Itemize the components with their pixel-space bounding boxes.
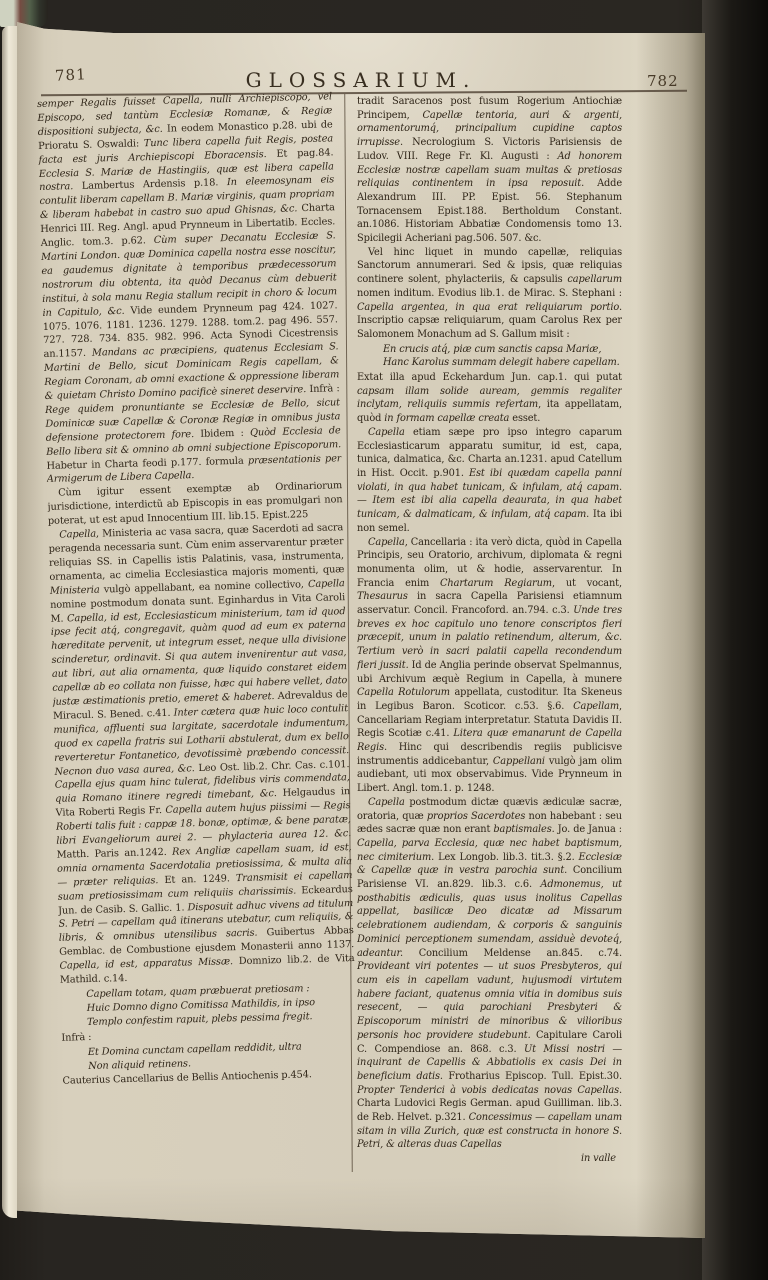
roman-text: Et pag.84. — [276, 147, 333, 159]
paragraph: Capella postmodum dictæ quævis ædiculæ s… — [357, 796, 622, 1152]
roman-text: Lambertus Ardensis p.18. — [82, 178, 227, 193]
italic-text: Chartarum Regiarum — [440, 578, 552, 589]
italic-text: Capellam — [573, 701, 619, 712]
paragraph: Capella etiam sæpe pro ipso integro capa… — [357, 426, 622, 536]
page-title: GLOSSARIUM. — [17, 68, 705, 92]
roman-text: Cùm igitur essent exemptæ ab Ordinarioru… — [47, 481, 342, 528]
italic-text: Thesaurus — [357, 591, 408, 602]
italic-text: Capella, id est, apparatus Missæ. — [59, 956, 239, 972]
italic-text: Propter Tenderici à vobis dedicatas nova… — [357, 1085, 622, 1096]
roman-text: Et an. 1249. — [164, 873, 236, 886]
roman-text: Concilium Meldense an.845. c.74. — [419, 948, 622, 959]
italic-text: Capella — [368, 427, 405, 438]
page-number-right: 782 — [647, 72, 679, 90]
book-fore-edge-shadow — [702, 0, 768, 1280]
italic-text: proprios Sacerdotes — [427, 811, 525, 822]
italic-text: Cappellani — [493, 756, 545, 767]
marbled-edge-fragment — [0, 0, 48, 27]
roman-text: Lex Longob. lib.3. tit.3. §.2. — [438, 852, 578, 863]
verse-line: Hanc Karolus summam delegit habere capel… — [383, 356, 622, 370]
verse-quotation: Capellam totam, quam præbuerat pretiosam… — [86, 981, 356, 1030]
roman-text: . Jo. de Janua : — [552, 824, 622, 835]
paragraph: Extat illa apud Eckehardum Jun. cap.1. q… — [357, 371, 622, 426]
roman-text: Leo Ost. lib.2. Chr. Cas. c.101. — [198, 759, 349, 774]
roman-text: esset. — [509, 413, 540, 424]
roman-text: Extat illa apud Eckehardum Jun. cap.1. q… — [357, 372, 622, 383]
verse-quotation: En crucis atq́, piæ cum sanctis capsa Ma… — [383, 343, 622, 370]
scanned-book-page: 781 GLOSSARIUM. 782 semper Regalis fuiss… — [17, 22, 705, 1238]
italic-text: Capella — [59, 529, 96, 541]
roman-text: Infrà : — [309, 383, 339, 395]
verse-line: En crucis atq́, piæ cum sanctis capsa Ma… — [383, 343, 622, 357]
paragraph: tradit Saracenos post fusum Rogerium Ant… — [357, 95, 622, 246]
catchword: in valle — [357, 1152, 622, 1166]
right-text-column: tradit Saracenos post fusum Rogerium Ant… — [357, 95, 622, 1183]
opposite-page-edge-sliver — [2, 26, 17, 1218]
italic-text: Capella argentea, in qua erat reliquiaru… — [357, 302, 622, 313]
roman-text: nomen inditum. Evodius lib.1. de Mirac. … — [357, 288, 622, 299]
italic-text: Capella — [368, 797, 405, 808]
roman-text: Ibidem : — [200, 427, 250, 439]
roman-text: Habetur in Charta feodi p.177. formula — [46, 455, 248, 471]
roman-text: Inscriptio capsæ reliquiarum, quam Carol… — [357, 315, 622, 340]
paragraph: Capella, Cancellaria : ita verò dicta, q… — [357, 536, 622, 796]
paragraph: semper Regalis fuisset Capella, nulli Ar… — [37, 90, 342, 487]
italic-text: Capella Rotulorum — [357, 687, 450, 698]
italic-text: in formam capellæ creata — [384, 413, 509, 424]
paragraph: Capella, Ministeria ac vasa sacra, quæ S… — [48, 521, 355, 987]
roman-text: Matth. Paris an.1242. — [57, 847, 173, 861]
roman-text: , ut vocant, — [552, 578, 622, 589]
left-text-column: semper Regalis fuisset Capella, nulli Ar… — [37, 90, 360, 1181]
paragraph: Vel hinc liquet in mundo capellæ, reliqu… — [357, 246, 622, 342]
roman-text: Infrà : — [61, 1032, 91, 1044]
italic-text: Capella — [308, 578, 345, 590]
italic-text: capellarum — [567, 274, 622, 285]
roman-text: Frotharius Episcop. Tull. Epist.30. — [448, 1071, 622, 1082]
italic-text: Ministeria — [50, 584, 100, 596]
italic-text: Capella — [368, 537, 405, 548]
italic-text: baptismales — [493, 824, 551, 835]
